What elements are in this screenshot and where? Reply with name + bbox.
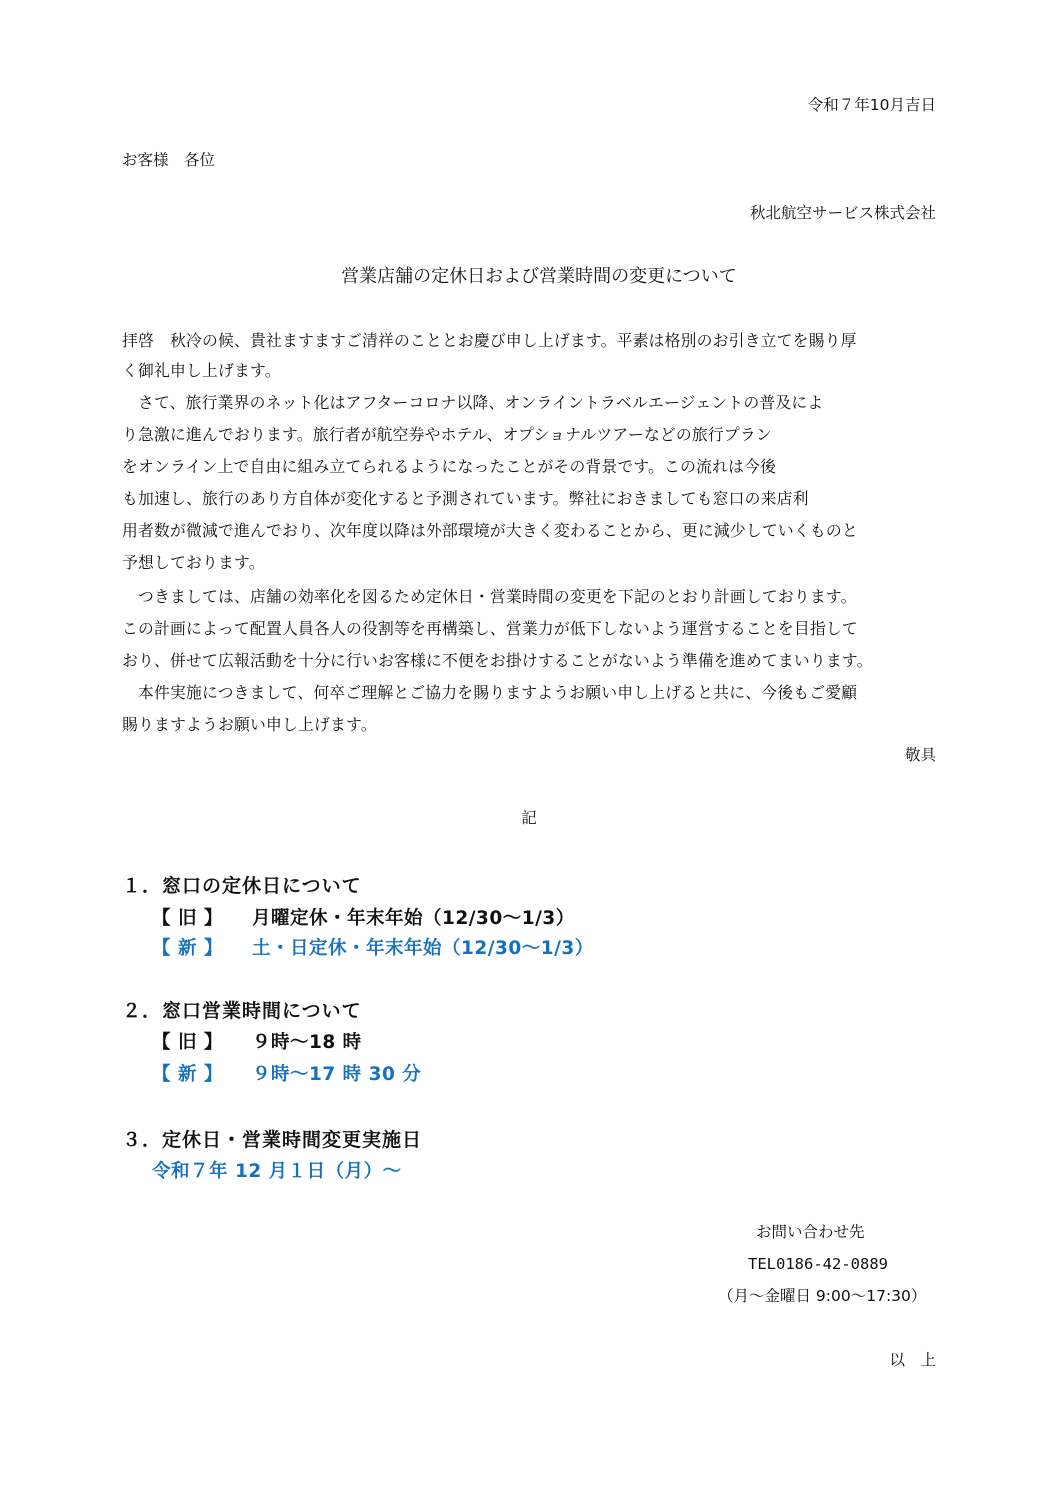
ki-marker: 記 xyxy=(0,808,1058,828)
body-line: り急激に進んでおります。旅行者が航空券やホテル、オプショナルツアーなどの旅行プラ… xyxy=(122,422,772,445)
body-line: さて、旅行業界のネット化はアフターコロナ以降、オンライントラベルエージェントの普… xyxy=(122,390,823,413)
old-label: 【 旧 】 xyxy=(152,1028,252,1054)
section-heading: ２．窓口営業時間について xyxy=(122,996,362,1023)
new-value: ９時～17 時 30 分 xyxy=(252,1064,421,1085)
new-label: 【 新 】 xyxy=(152,1060,252,1086)
old-row: 【 旧 】月曜定休・年末年始（12/30～1/3） xyxy=(152,904,575,930)
body-line: 用者数が微減で進んでおり、次年度以降は外部環境が大きく変わることから、更に減少し… xyxy=(122,518,858,541)
body-line: をオンライン上で自由に組み立てられるようになったことがその背景です。この流れは今… xyxy=(122,454,776,477)
old-value: ９時～18 時 xyxy=(252,1032,362,1053)
body-line: 拝啓 秋冷の候、貴社ますますご清祥のこととお慶び申し上げます。平素は格別のお引き… xyxy=(122,328,857,351)
document-title: 営業店舗の定休日および営業時間の変更について xyxy=(0,262,1058,288)
old-value: 月曜定休・年末年始（12/30～1/3） xyxy=(252,908,575,929)
effective-date: 令和７年 12 月１日（月）～ xyxy=(152,1157,402,1183)
closing-keigu: 敬具 xyxy=(905,745,936,765)
body-line: 本件実施につきまして、何卒ご理解とご協力を賜りますようお願い申し上げると共に、今… xyxy=(122,680,857,703)
body-line: く御礼申し上げます。 xyxy=(122,358,281,381)
issue-date: 令和７年10月吉日 xyxy=(808,95,936,115)
sender-company: 秋北航空サービス株式会社 xyxy=(750,203,936,223)
old-row: 【 旧 】９時～18 時 xyxy=(152,1028,362,1054)
body-line: 賜りますようお願い申し上げます。 xyxy=(122,712,377,735)
body-line: この計画によって配置人員各人の役割等を再構築し、営業力が低下しないよう運営するこ… xyxy=(122,616,858,639)
new-value: 土・日定休・年末年始（12/30～1/3） xyxy=(252,938,594,959)
new-row: 【 新 】土・日定休・年末年始（12/30～1/3） xyxy=(152,934,594,960)
new-row: 【 新 】９時～17 時 30 分 xyxy=(152,1060,421,1086)
body-line: も加速し、旅行のあり方自体が変化すると予測されています。弊社におきましても窓口の… xyxy=(122,486,809,509)
body-line: おり、併せて広報活動を十分に行いお客様に不便をお掛けすることがないよう準備を進め… xyxy=(122,648,873,671)
contact-tel: TEL0186-42-0889 xyxy=(748,1254,888,1274)
recipient: お客様 各位 xyxy=(122,150,215,170)
contact-label: お問い合わせ先 xyxy=(756,1222,865,1242)
contact-hours: （月～金曜日 9:00～17:30） xyxy=(718,1286,926,1306)
old-label: 【 旧 】 xyxy=(152,904,252,930)
section-heading: ３．定休日・営業時間変更実施日 xyxy=(122,1125,422,1152)
end-marker: 以 上 xyxy=(889,1350,936,1370)
body-line: つきましては、店舗の効率化を図るため定休日・営業時間の変更を下記のとおり計画して… xyxy=(122,584,857,607)
new-label: 【 新 】 xyxy=(152,934,252,960)
body-line: 予想しております。 xyxy=(122,550,265,573)
section-heading: １．窓口の定休日について xyxy=(122,871,362,898)
